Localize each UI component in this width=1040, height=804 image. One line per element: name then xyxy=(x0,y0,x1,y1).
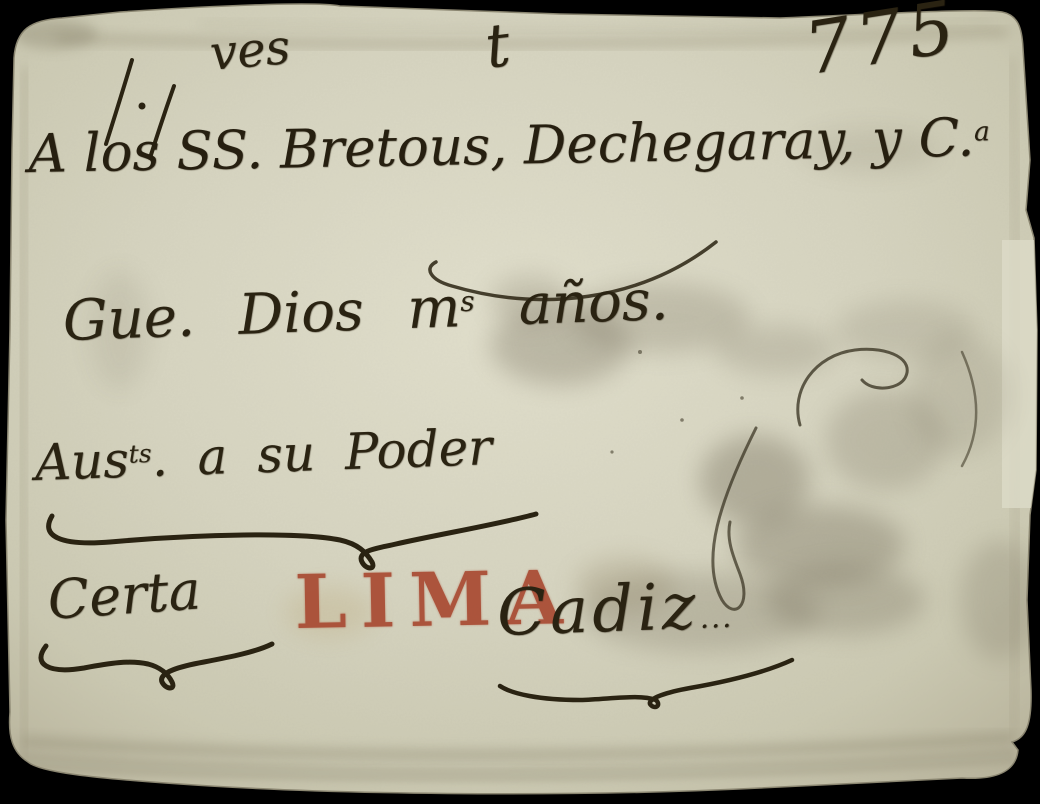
salutation-text: Gue. Dios m xyxy=(62,275,462,354)
letter-cover-photo: ves t 775 A los SS. Bretous, Dechegaray,… xyxy=(0,0,1040,804)
destination-line: Cadiz... xyxy=(496,574,734,646)
corner-crinkle xyxy=(13,19,97,49)
certification-mark: Certa xyxy=(46,563,202,628)
forwarding-text: Aus xyxy=(34,431,130,492)
notation-ves: ves xyxy=(208,23,292,78)
destination-text: Cadiz xyxy=(496,570,701,651)
forwarding-superscript: ts xyxy=(128,439,152,469)
address-line: A los SS. Bretous, Dechegaray, y C.a xyxy=(28,111,990,181)
salutation-end-text: años. xyxy=(474,268,670,340)
address-superscript: a xyxy=(974,117,990,148)
forwarding-end-text: . a su Poder xyxy=(151,418,493,488)
paper-tab-flap xyxy=(1002,238,1038,510)
destination-trailing-marks: ... xyxy=(699,600,734,635)
forwarding-line: Austs. a su Poder xyxy=(34,422,493,488)
salutation-superscript: s xyxy=(460,284,476,317)
